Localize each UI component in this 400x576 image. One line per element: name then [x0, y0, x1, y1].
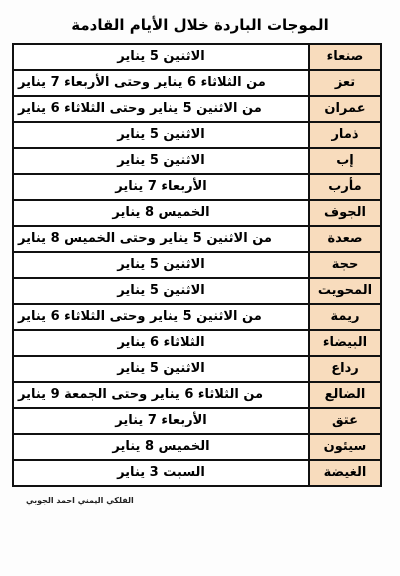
date-cell: من الاثنين 5 يناير وحتى الثلاثاء 6 يناير	[14, 97, 308, 121]
table-row: ريمةمن الاثنين 5 يناير وحتى الثلاثاء 6 ي…	[14, 303, 380, 329]
table-row: رداعالاثنين 5 يناير	[14, 355, 380, 381]
table-row: عتقالأربعاء 7 يناير	[14, 407, 380, 433]
city-cell: سيئون	[308, 435, 380, 459]
date-cell: الاثنين 5 يناير	[14, 357, 308, 381]
page: { "title": "الموجات الباردة خلال الأيام …	[0, 0, 400, 576]
table-row: عمرانمن الاثنين 5 يناير وحتى الثلاثاء 6 …	[14, 95, 380, 121]
table-row: سيئونالخميس 8 يناير	[14, 433, 380, 459]
city-cell: الجوف	[308, 201, 380, 225]
city-cell: صعدة	[308, 227, 380, 251]
city-cell: مأرب	[308, 175, 380, 199]
table-row: الجوفالخميس 8 يناير	[14, 199, 380, 225]
city-cell: المحويت	[308, 279, 380, 303]
date-cell: من الثلاثاء 6 يناير وحتى الأربعاء 7 يناي…	[14, 71, 308, 95]
table-row: البيضاءالثلاثاء 6 يناير	[14, 329, 380, 355]
city-cell: البيضاء	[308, 331, 380, 355]
date-cell: السبت 3 يناير	[14, 461, 308, 485]
date-cell: الخميس 8 يناير	[14, 201, 308, 225]
city-cell: إب	[308, 149, 380, 173]
table-row: صعدةمن الاثنين 5 يناير وحتى الخميس 8 ينا…	[14, 225, 380, 251]
date-cell: من الاثنين 5 يناير وحتى الخميس 8 يناير	[14, 227, 308, 251]
date-cell: من الاثنين 5 يناير وحتى الثلاثاء 6 يناير	[14, 305, 308, 329]
city-cell: الضالع	[308, 383, 380, 407]
city-cell: رداع	[308, 357, 380, 381]
forecast-table: صنعاءالاثنين 5 ينايرتعزمن الثلاثاء 6 ينا…	[12, 43, 382, 487]
city-cell: الغيضة	[308, 461, 380, 485]
table-row: مأربالأربعاء 7 يناير	[14, 173, 380, 199]
date-cell: الاثنين 5 يناير	[14, 45, 308, 69]
table-row: حجةالاثنين 5 يناير	[14, 251, 380, 277]
date-cell: الاثنين 5 يناير	[14, 279, 308, 303]
date-cell: الأربعاء 7 يناير	[14, 409, 308, 433]
table-row: ذمارالاثنين 5 يناير	[14, 121, 380, 147]
table-row: الضالعمن الثلاثاء 6 يناير وحتى الجمعة 9 …	[14, 381, 380, 407]
date-cell: الاثنين 5 يناير	[14, 253, 308, 277]
table-row: تعزمن الثلاثاء 6 يناير وحتى الأربعاء 7 ي…	[14, 69, 380, 95]
city-cell: تعز	[308, 71, 380, 95]
date-cell: الاثنين 5 يناير	[14, 149, 308, 173]
page-title: الموجات الباردة خلال الأيام القادمة	[10, 16, 390, 34]
date-cell: الثلاثاء 6 يناير	[14, 331, 308, 355]
date-cell: الأربعاء 7 يناير	[14, 175, 308, 199]
city-cell: ريمة	[308, 305, 380, 329]
date-cell: الخميس 8 يناير	[14, 435, 308, 459]
city-cell: عتق	[308, 409, 380, 433]
table-row: المحويتالاثنين 5 يناير	[14, 277, 380, 303]
credit-text: الفلكي اليمني احمد الجوبي	[0, 496, 400, 505]
city-cell: صنعاء	[308, 45, 380, 69]
date-cell: الاثنين 5 يناير	[14, 123, 308, 147]
city-cell: حجة	[308, 253, 380, 277]
date-cell: من الثلاثاء 6 يناير وحتى الجمعة 9 يناير	[14, 383, 308, 407]
table-row: صنعاءالاثنين 5 يناير	[14, 45, 380, 69]
table-row: إبالاثنين 5 يناير	[14, 147, 380, 173]
city-cell: ذمار	[308, 123, 380, 147]
table-row: الغيضةالسبت 3 يناير	[14, 459, 380, 485]
city-cell: عمران	[308, 97, 380, 121]
